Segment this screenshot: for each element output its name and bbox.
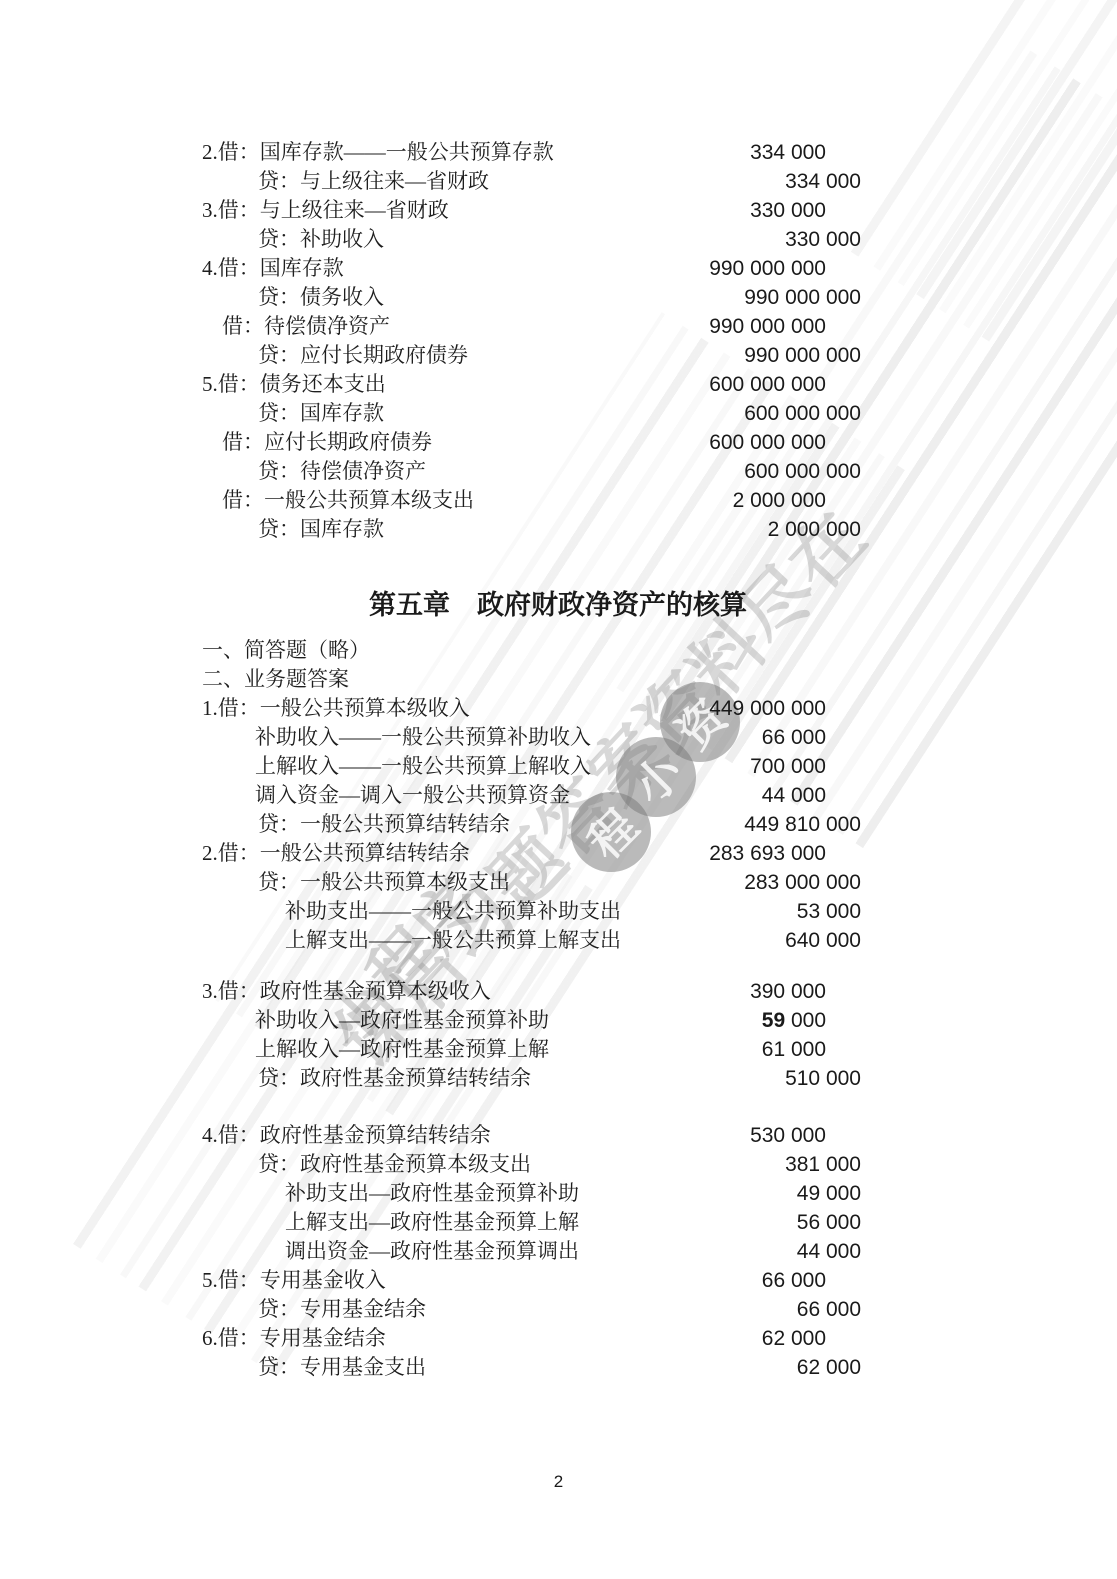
entry-account-text: 补助支出—政府性基金预算补助 bbox=[285, 1179, 579, 1208]
journal-row: 贷：国库存款2 000 000 bbox=[202, 515, 1117, 544]
journal-row: 借：待偿债净资产990 000 000 bbox=[202, 312, 1117, 341]
amount-credit: 449 810 000 bbox=[744, 810, 861, 839]
journal-row: 贷：应付长期政府债券990 000 000 bbox=[202, 341, 1117, 370]
journal-row: 4.借：政府性基金预算结转结余530 000 bbox=[202, 1121, 1117, 1150]
entry-account-text: 贷：专用基金支出 bbox=[258, 1353, 426, 1382]
entry-account-text: 贷：一般公共预算本级支出 bbox=[258, 868, 510, 897]
amount-debit: 990 000 000 bbox=[709, 312, 826, 341]
amount-debit: 600 000 000 bbox=[709, 428, 826, 457]
amount-debit: 600 000 000 bbox=[709, 370, 826, 399]
journal-row: 2.借：国库存款——一般公共预算存款334 000 bbox=[202, 138, 1117, 167]
entry-account-text: 5.借：专用基金收入 bbox=[202, 1266, 386, 1295]
amount-credit: 44 000 bbox=[797, 1237, 861, 1266]
amount-credit: 62 000 bbox=[797, 1353, 861, 1382]
entry-account-text: 补助收入——一般公共预算补助收入 bbox=[255, 723, 591, 752]
chapter-title: 第五章 政府财政净资产的核算 bbox=[202, 588, 914, 622]
entry-account-text: 上解支出—政府性基金预算上解 bbox=[285, 1208, 579, 1237]
entry-account-text: 3.借：政府性基金预算本级收入 bbox=[202, 977, 491, 1006]
entry-account-text: 上解收入——一般公共预算上解收入 bbox=[255, 752, 591, 781]
journal-row: 补助支出——一般公共预算补助支出53 000 bbox=[202, 897, 1117, 926]
amount-credit: 53 000 bbox=[797, 897, 861, 926]
journal-row: 贷：政府性基金预算本级支出381 000 bbox=[202, 1150, 1117, 1179]
amount-debit: 449 000 000 bbox=[709, 694, 826, 723]
entry-account-text: 4.借：政府性基金预算结转结余 bbox=[202, 1121, 491, 1150]
document-page: 课后习题答案资料尽在 小程序 资小程 2.借：国库存款——一般公共预算存款334… bbox=[0, 0, 1117, 1579]
journal-row: 贷：一般公共预算本级支出283 000 000 bbox=[202, 868, 1117, 897]
entry-account-text: 1.借：一般公共预算本级收入 bbox=[202, 694, 470, 723]
entry-account-text: 借：待偿债净资产 bbox=[222, 312, 390, 341]
journal-row: 上解支出—政府性基金预算上解56 000 bbox=[202, 1208, 1117, 1237]
section-ch5-entries: 1.借：一般公共预算本级收入449 000 000补助收入——一般公共预算补助收… bbox=[202, 694, 1117, 1382]
amount-credit: 990 000 000 bbox=[744, 283, 861, 312]
entry-account-text: 补助收入—政府性基金预算补助 bbox=[255, 1006, 549, 1035]
entry-account-text: 贷：专用基金结余 bbox=[258, 1295, 426, 1324]
entry-account-text: 贷：待偿债净资产 bbox=[258, 457, 426, 486]
journal-row: 5.借：专用基金收入66 000 bbox=[202, 1266, 1117, 1295]
journal-row: 1.借：一般公共预算本级收入449 000 000 bbox=[202, 694, 1117, 723]
journal-row: 补助收入—政府性基金预算补助59 000 bbox=[202, 1006, 1117, 1035]
amount-debit: 390 000 bbox=[750, 977, 826, 1006]
journal-row: 上解收入—政府性基金预算上解61 000 bbox=[202, 1035, 1117, 1064]
amount-credit: 600 000 000 bbox=[744, 399, 861, 428]
list-item-short-answer: 一、简答题（略） bbox=[202, 636, 1117, 665]
amount-credit: 2 000 000 bbox=[768, 515, 861, 544]
journal-row: 4.借：国库存款990 000 000 bbox=[202, 254, 1117, 283]
amount-debit: 530 000 bbox=[750, 1121, 826, 1150]
amount-credit: 990 000 000 bbox=[744, 341, 861, 370]
journal-row: 借：一般公共预算本级支出2 000 000 bbox=[202, 486, 1117, 515]
entry-account-text: 3.借：与上级往来—省财政 bbox=[202, 196, 449, 225]
journal-row: 借：应付长期政府债券600 000 000 bbox=[202, 428, 1117, 457]
amount-debit: 61 000 bbox=[762, 1035, 826, 1064]
journal-row: 上解收入——一般公共预算上解收入700 000 bbox=[202, 752, 1117, 781]
journal-row: 贷：待偿债净资产600 000 000 bbox=[202, 457, 1117, 486]
entry-account-text: 6.借：专用基金结余 bbox=[202, 1324, 386, 1353]
entry-account-text: 2.借：国库存款——一般公共预算存款 bbox=[202, 138, 554, 167]
amount-debit: 66 000 bbox=[762, 723, 826, 752]
entry-account-text: 贷：一般公共预算结转结余 bbox=[258, 810, 510, 839]
amount-debit: 330 000 bbox=[750, 196, 826, 225]
content-area: 2.借：国库存款——一般公共预算存款334 000贷：与上级往来—省财政334 … bbox=[202, 138, 1117, 1382]
entry-account-text: 补助支出——一般公共预算补助支出 bbox=[285, 897, 621, 926]
journal-row: 调入资金—调入一般公共预算资金44 000 bbox=[202, 781, 1117, 810]
amount-credit: 56 000 bbox=[797, 1208, 861, 1237]
list-item-business-answers: 二、业务题答案 bbox=[202, 665, 1117, 694]
journal-row: 3.借：政府性基金预算本级收入390 000 bbox=[202, 977, 1117, 1006]
amount-credit: 600 000 000 bbox=[744, 457, 861, 486]
amount-debit: 334 000 bbox=[750, 138, 826, 167]
journal-row: 6.借：专用基金结余62 000 bbox=[202, 1324, 1117, 1353]
entry-account-text: 贷：政府性基金预算本级支出 bbox=[258, 1150, 531, 1179]
amount-debit: 2 000 000 bbox=[733, 486, 826, 515]
journal-row: 5.借：债务还本支出600 000 000 bbox=[202, 370, 1117, 399]
journal-row: 贷：专用基金支出62 000 bbox=[202, 1353, 1117, 1382]
page-number: 2 bbox=[0, 1472, 1117, 1496]
entry-account-text: 2.借：一般公共预算结转结余 bbox=[202, 839, 470, 868]
journal-row: 3.借：与上级往来—省财政330 000 bbox=[202, 196, 1117, 225]
journal-row: 贷：专用基金结余66 000 bbox=[202, 1295, 1117, 1324]
entry-account-text: 4.借：国库存款 bbox=[202, 254, 344, 283]
journal-row: 贷：补助收入330 000 bbox=[202, 225, 1117, 254]
journal-row: 贷：一般公共预算结转结余449 810 000 bbox=[202, 810, 1117, 839]
entry-account-text: 贷：应付长期政府债券 bbox=[258, 341, 468, 370]
amount-credit: 283 000 000 bbox=[744, 868, 861, 897]
journal-row: 贷：国库存款600 000 000 bbox=[202, 399, 1117, 428]
entry-account-text: 上解收入—政府性基金预算上解 bbox=[255, 1035, 549, 1064]
journal-row: 贷：政府性基金预算结转结余510 000 bbox=[202, 1064, 1117, 1093]
journal-row: 2.借：一般公共预算结转结余283 693 000 bbox=[202, 839, 1117, 868]
entry-account-text: 上解支出——一般公共预算上解支出 bbox=[285, 926, 621, 955]
amount-debit: 283 693 000 bbox=[709, 839, 826, 868]
entry-account-text: 借：一般公共预算本级支出 bbox=[222, 486, 474, 515]
amount-credit: 49 000 bbox=[797, 1179, 861, 1208]
journal-row: 补助收入——一般公共预算补助收入66 000 bbox=[202, 723, 1117, 752]
entry-account-text: 贷：政府性基金预算结转结余 bbox=[258, 1064, 531, 1093]
journal-row: 贷：与上级往来—省财政334 000 bbox=[202, 167, 1117, 196]
entry-account-text: 贷：债务收入 bbox=[258, 283, 384, 312]
entry-account-text: 调入资金—调入一般公共预算资金 bbox=[255, 781, 570, 810]
entry-account-text: 5.借：债务还本支出 bbox=[202, 370, 386, 399]
entry-account-text: 贷：补助收入 bbox=[258, 225, 384, 254]
amount-debit: 990 000 000 bbox=[709, 254, 826, 283]
amount-credit: 330 000 bbox=[785, 225, 861, 254]
entry-account-text: 贷：国库存款 bbox=[258, 515, 384, 544]
section-ch4-entries: 2.借：国库存款——一般公共预算存款334 000贷：与上级往来—省财政334 … bbox=[202, 138, 1117, 544]
entry-account-text: 借：应付长期政府债券 bbox=[222, 428, 432, 457]
journal-row: 调出资金—政府性基金预算调出44 000 bbox=[202, 1237, 1117, 1266]
entry-account-text: 调出资金—政府性基金预算调出 bbox=[285, 1237, 579, 1266]
journal-row: 贷：债务收入990 000 000 bbox=[202, 283, 1117, 312]
journal-row: 上解支出——一般公共预算上解支出640 000 bbox=[202, 926, 1117, 955]
journal-row: 补助支出—政府性基金预算补助49 000 bbox=[202, 1179, 1117, 1208]
amount-credit: 334 000 bbox=[785, 167, 861, 196]
amount-credit: 66 000 bbox=[797, 1295, 861, 1324]
entry-account-text: 贷：国库存款 bbox=[258, 399, 384, 428]
amount-credit: 510 000 bbox=[785, 1064, 861, 1093]
amount-debit: 59 000 bbox=[762, 1006, 826, 1035]
amount-credit: 640 000 bbox=[785, 926, 861, 955]
amount-debit: 62 000 bbox=[762, 1324, 826, 1353]
amount-credit: 381 000 bbox=[785, 1150, 861, 1179]
amount-debit: 700 000 bbox=[750, 752, 826, 781]
amount-debit: 66 000 bbox=[762, 1266, 826, 1295]
amount-debit: 44 000 bbox=[762, 781, 826, 810]
entry-account-text: 贷：与上级往来—省财政 bbox=[258, 167, 489, 196]
